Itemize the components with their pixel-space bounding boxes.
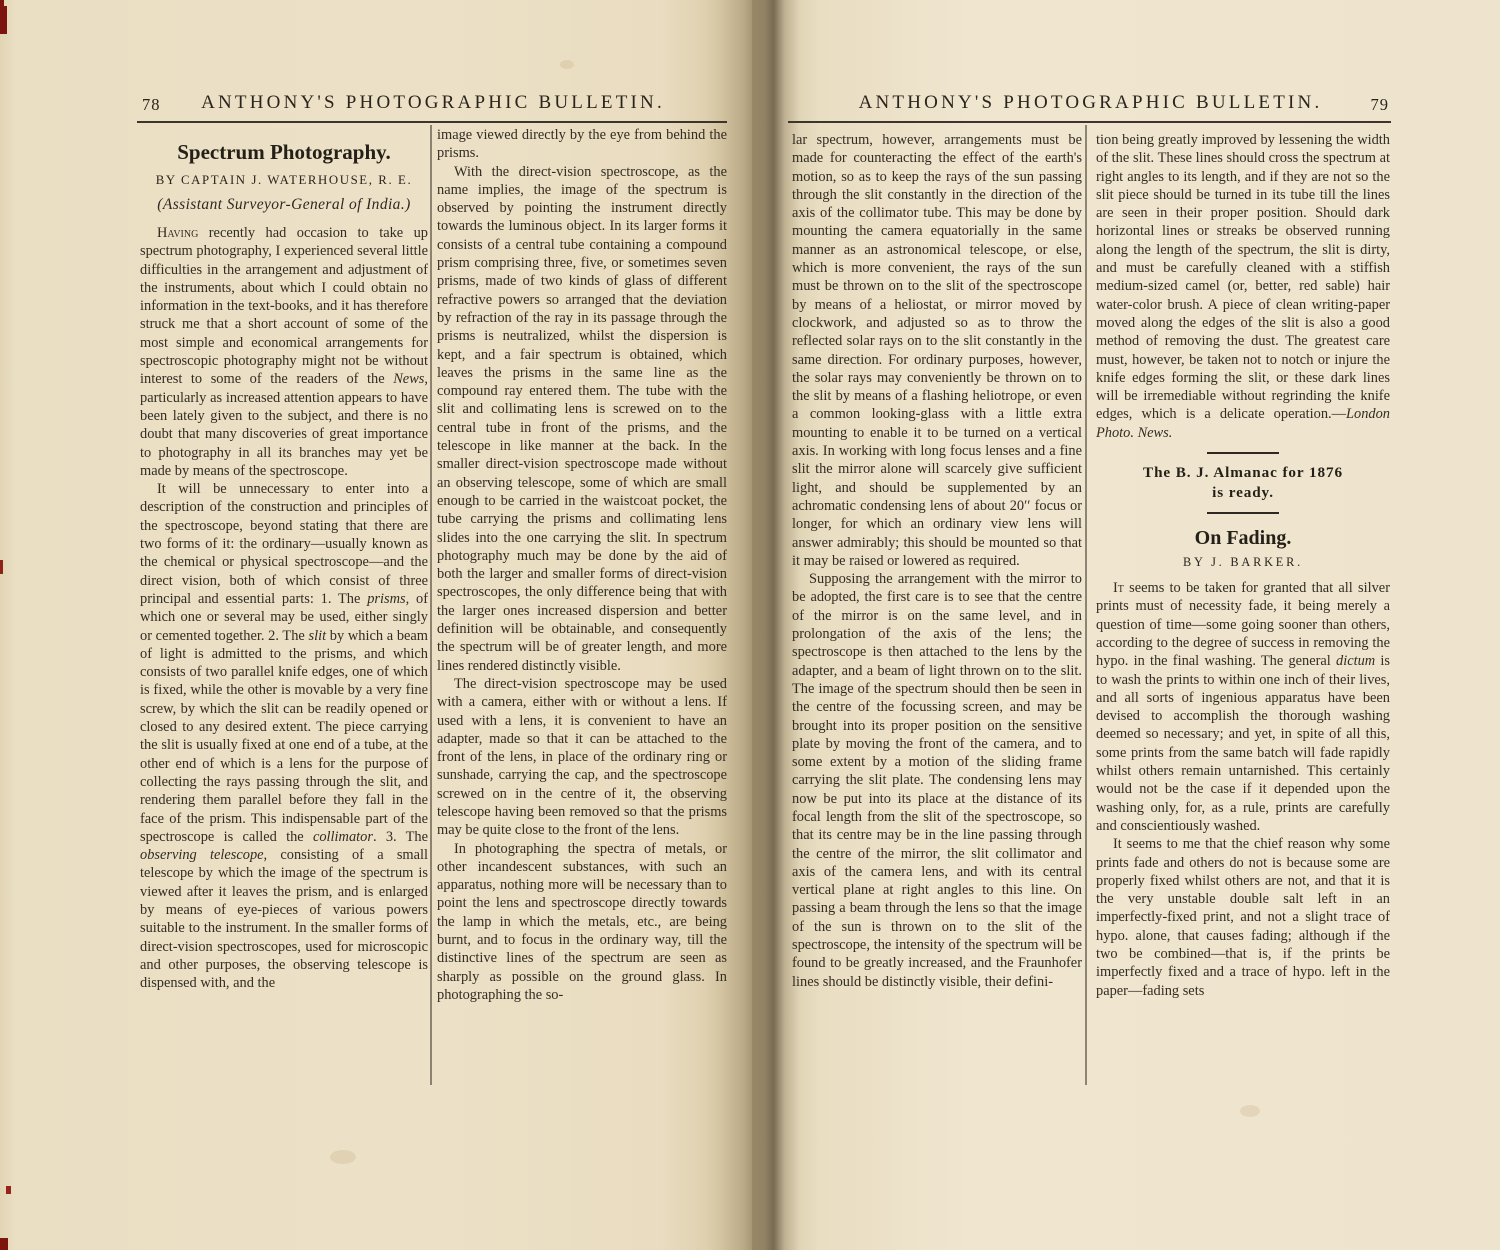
cover-edge-mark	[0, 6, 7, 34]
almanac-notice-line1: The B. J. Almanac for 1876	[1096, 463, 1390, 483]
column-divider-right-page	[1085, 125, 1087, 1085]
paragraph: With the direct-vision spectroscope, as …	[437, 163, 727, 675]
paragraph: It seems to be taken for granted that al…	[1096, 579, 1390, 835]
almanac-notice-line2: is ready.	[1096, 483, 1390, 503]
article-byline-waterhouse: BY CAPTAIN J. WATERHOUSE, R. E.	[140, 173, 428, 188]
left-page-column-1: Spectrum Photography. BY CAPTAIN J. WATE…	[140, 138, 428, 1090]
left-page-column-2: image viewed directly by the eye from be…	[437, 126, 727, 1087]
article-title-on-fading: On Fading.	[1096, 527, 1390, 550]
right-page-column-1: lar spectrum, however, arrangements must…	[792, 131, 1082, 1087]
article-byline-note: (Assistant Surveyor-General of India.)	[140, 196, 428, 214]
text-block-col1: Having recently had occasion to take up …	[140, 224, 428, 992]
journal-title-left: ANTHONY'S PHOTOGRAPHIC BULLETIN.	[138, 92, 728, 114]
article-title-spectrum-photography: Spectrum Photography.	[140, 140, 428, 165]
notice-rule-top	[1207, 452, 1279, 454]
column-divider-left-page	[430, 125, 432, 1085]
paragraph: Supposing the arrangement with the mirro…	[792, 570, 1082, 991]
paragraph: In photographing the spectra of metals, …	[437, 840, 727, 1005]
paragraph: lar spectrum, however, arrangements must…	[792, 131, 1082, 570]
cover-edge-mark	[0, 0, 4, 10]
notice-rule-bottom	[1207, 512, 1279, 514]
article-byline-barker: BY J. BARKER.	[1096, 555, 1390, 570]
page-right-header: ANTHONY'S PHOTOGRAPHIC BULLETIN. 79	[790, 92, 1391, 118]
cover-edge-mark	[0, 560, 3, 574]
cover-edge-mark	[6, 1186, 11, 1194]
page-number-right: 79	[1371, 95, 1390, 115]
header-rule-right	[788, 121, 1391, 123]
paragraph: Having recently had occasion to take up …	[140, 224, 428, 480]
almanac-notice: The B. J. Almanac for 1876 is ready.	[1096, 452, 1390, 514]
paragraph: It seems to me that the chief reason why…	[1096, 835, 1390, 1000]
header-rule-left	[137, 121, 727, 123]
right-page-column-2: tion being greatly improved by lessening…	[1096, 131, 1390, 1087]
paragraph: It will be unnecessary to enter into a d…	[140, 480, 428, 992]
page-left-header: 78 ANTHONY'S PHOTOGRAPHIC BULLETIN.	[138, 92, 728, 118]
paragraph: tion being greatly improved by lessening…	[1096, 131, 1390, 442]
text-block-on-fading: It seems to be taken for granted that al…	[1096, 579, 1390, 1000]
journal-title-right: ANTHONY'S PHOTOGRAPHIC BULLETIN.	[790, 92, 1391, 114]
paragraph: The direct-vision spectroscope may be us…	[437, 675, 727, 840]
page-number-left: 78	[142, 95, 161, 115]
cover-edge-mark	[0, 1238, 8, 1250]
paragraph: image viewed directly by the eye from be…	[437, 126, 727, 163]
text-block-spectrum-end: tion being greatly improved by lessening…	[1096, 131, 1390, 442]
